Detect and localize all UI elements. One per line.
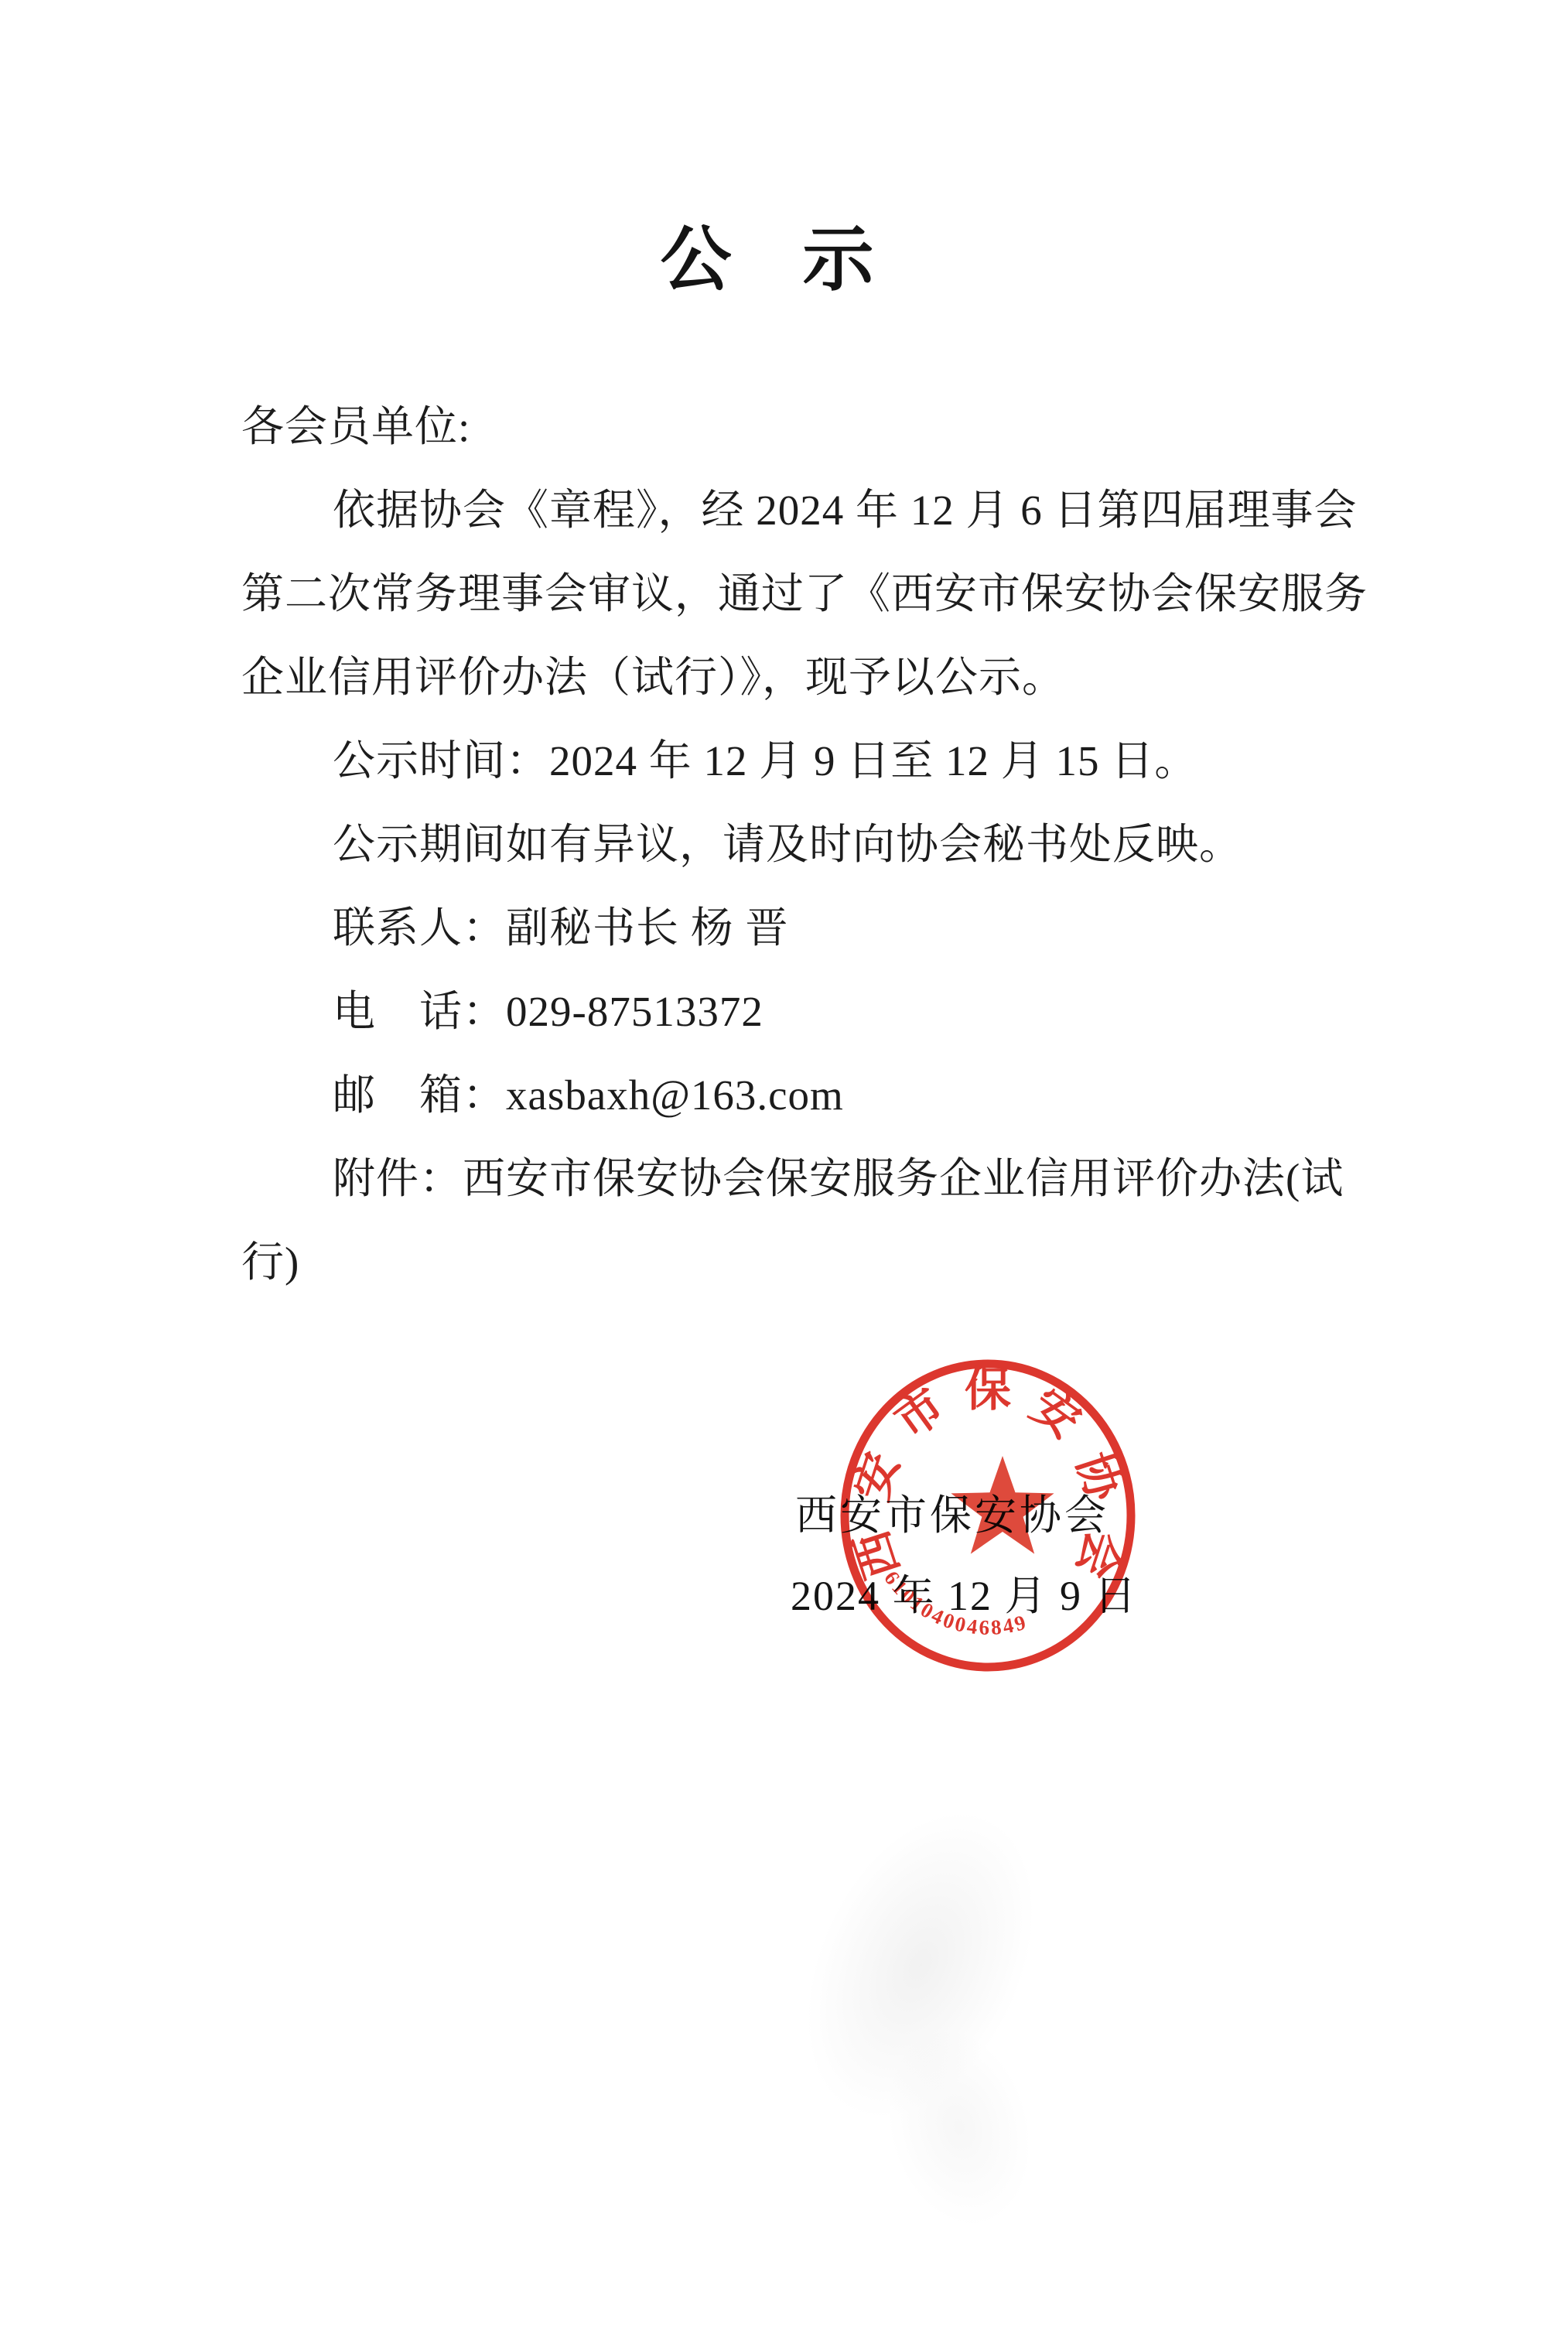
- seal-serial-number: 6101040046849: [880, 1567, 1030, 1639]
- attachment-line: 附件：西安市保安协会保安服务企业信用评价办法(试: [241, 1137, 1371, 1221]
- phone-line: 电 话：029-87513372: [241, 970, 1371, 1054]
- notice-body: 各会员单位: 依据协会《章程》，经 2024 年 12 月 6 日第四届理事会 …: [241, 385, 1371, 1304]
- contact-person-line: 联系人：副秘书长 杨 晋: [241, 887, 1371, 970]
- publicity-period-line: 公示时间：2024 年 12 月 9 日至 12 月 15 日。: [241, 719, 1371, 803]
- body-line: 第二次常务理事会审议，通过了《西安市保安协会保安服务: [241, 552, 1371, 636]
- body-line: 企业信用评价办法（试行）》，现予以公示。: [241, 636, 1371, 719]
- page-title: 公 示: [0, 203, 1551, 305]
- seal-arc-char: 市: [886, 1379, 954, 1448]
- seal-arc-text: 西 安 市 保 安 协 会: [845, 1365, 1130, 1584]
- notice-document: 公 示 各会员单位: 依据协会《章程》，经 2024 年 12 月 6 日第四届…: [0, 0, 1568, 2327]
- scan-smudge: [866, 2012, 1052, 2243]
- seal-graphic: 西 安 市 保 安 协 会 6101040046849: [835, 1354, 1140, 1677]
- email-line: 邮 箱：xasbaxh@163.com: [241, 1054, 1371, 1137]
- seal-star-icon: [951, 1456, 1054, 1554]
- body-line: 依据协会《章程》，经 2024 年 12 月 6 日第四届理事会: [241, 469, 1371, 552]
- seal-arc-char: 保: [965, 1365, 1011, 1416]
- official-seal-stamp: 西 安 市 保 安 协 会 6101040046849: [835, 1354, 1140, 1677]
- salutation-line: 各会员单位:: [241, 385, 1371, 469]
- scan-smudge: [760, 1775, 1080, 2155]
- seal-arc-char: 安: [1022, 1379, 1089, 1448]
- objection-line: 公示期间如有异议，请及时向协会秘书处反映。: [241, 803, 1371, 887]
- attachment-line-cont: 行): [241, 1221, 1371, 1304]
